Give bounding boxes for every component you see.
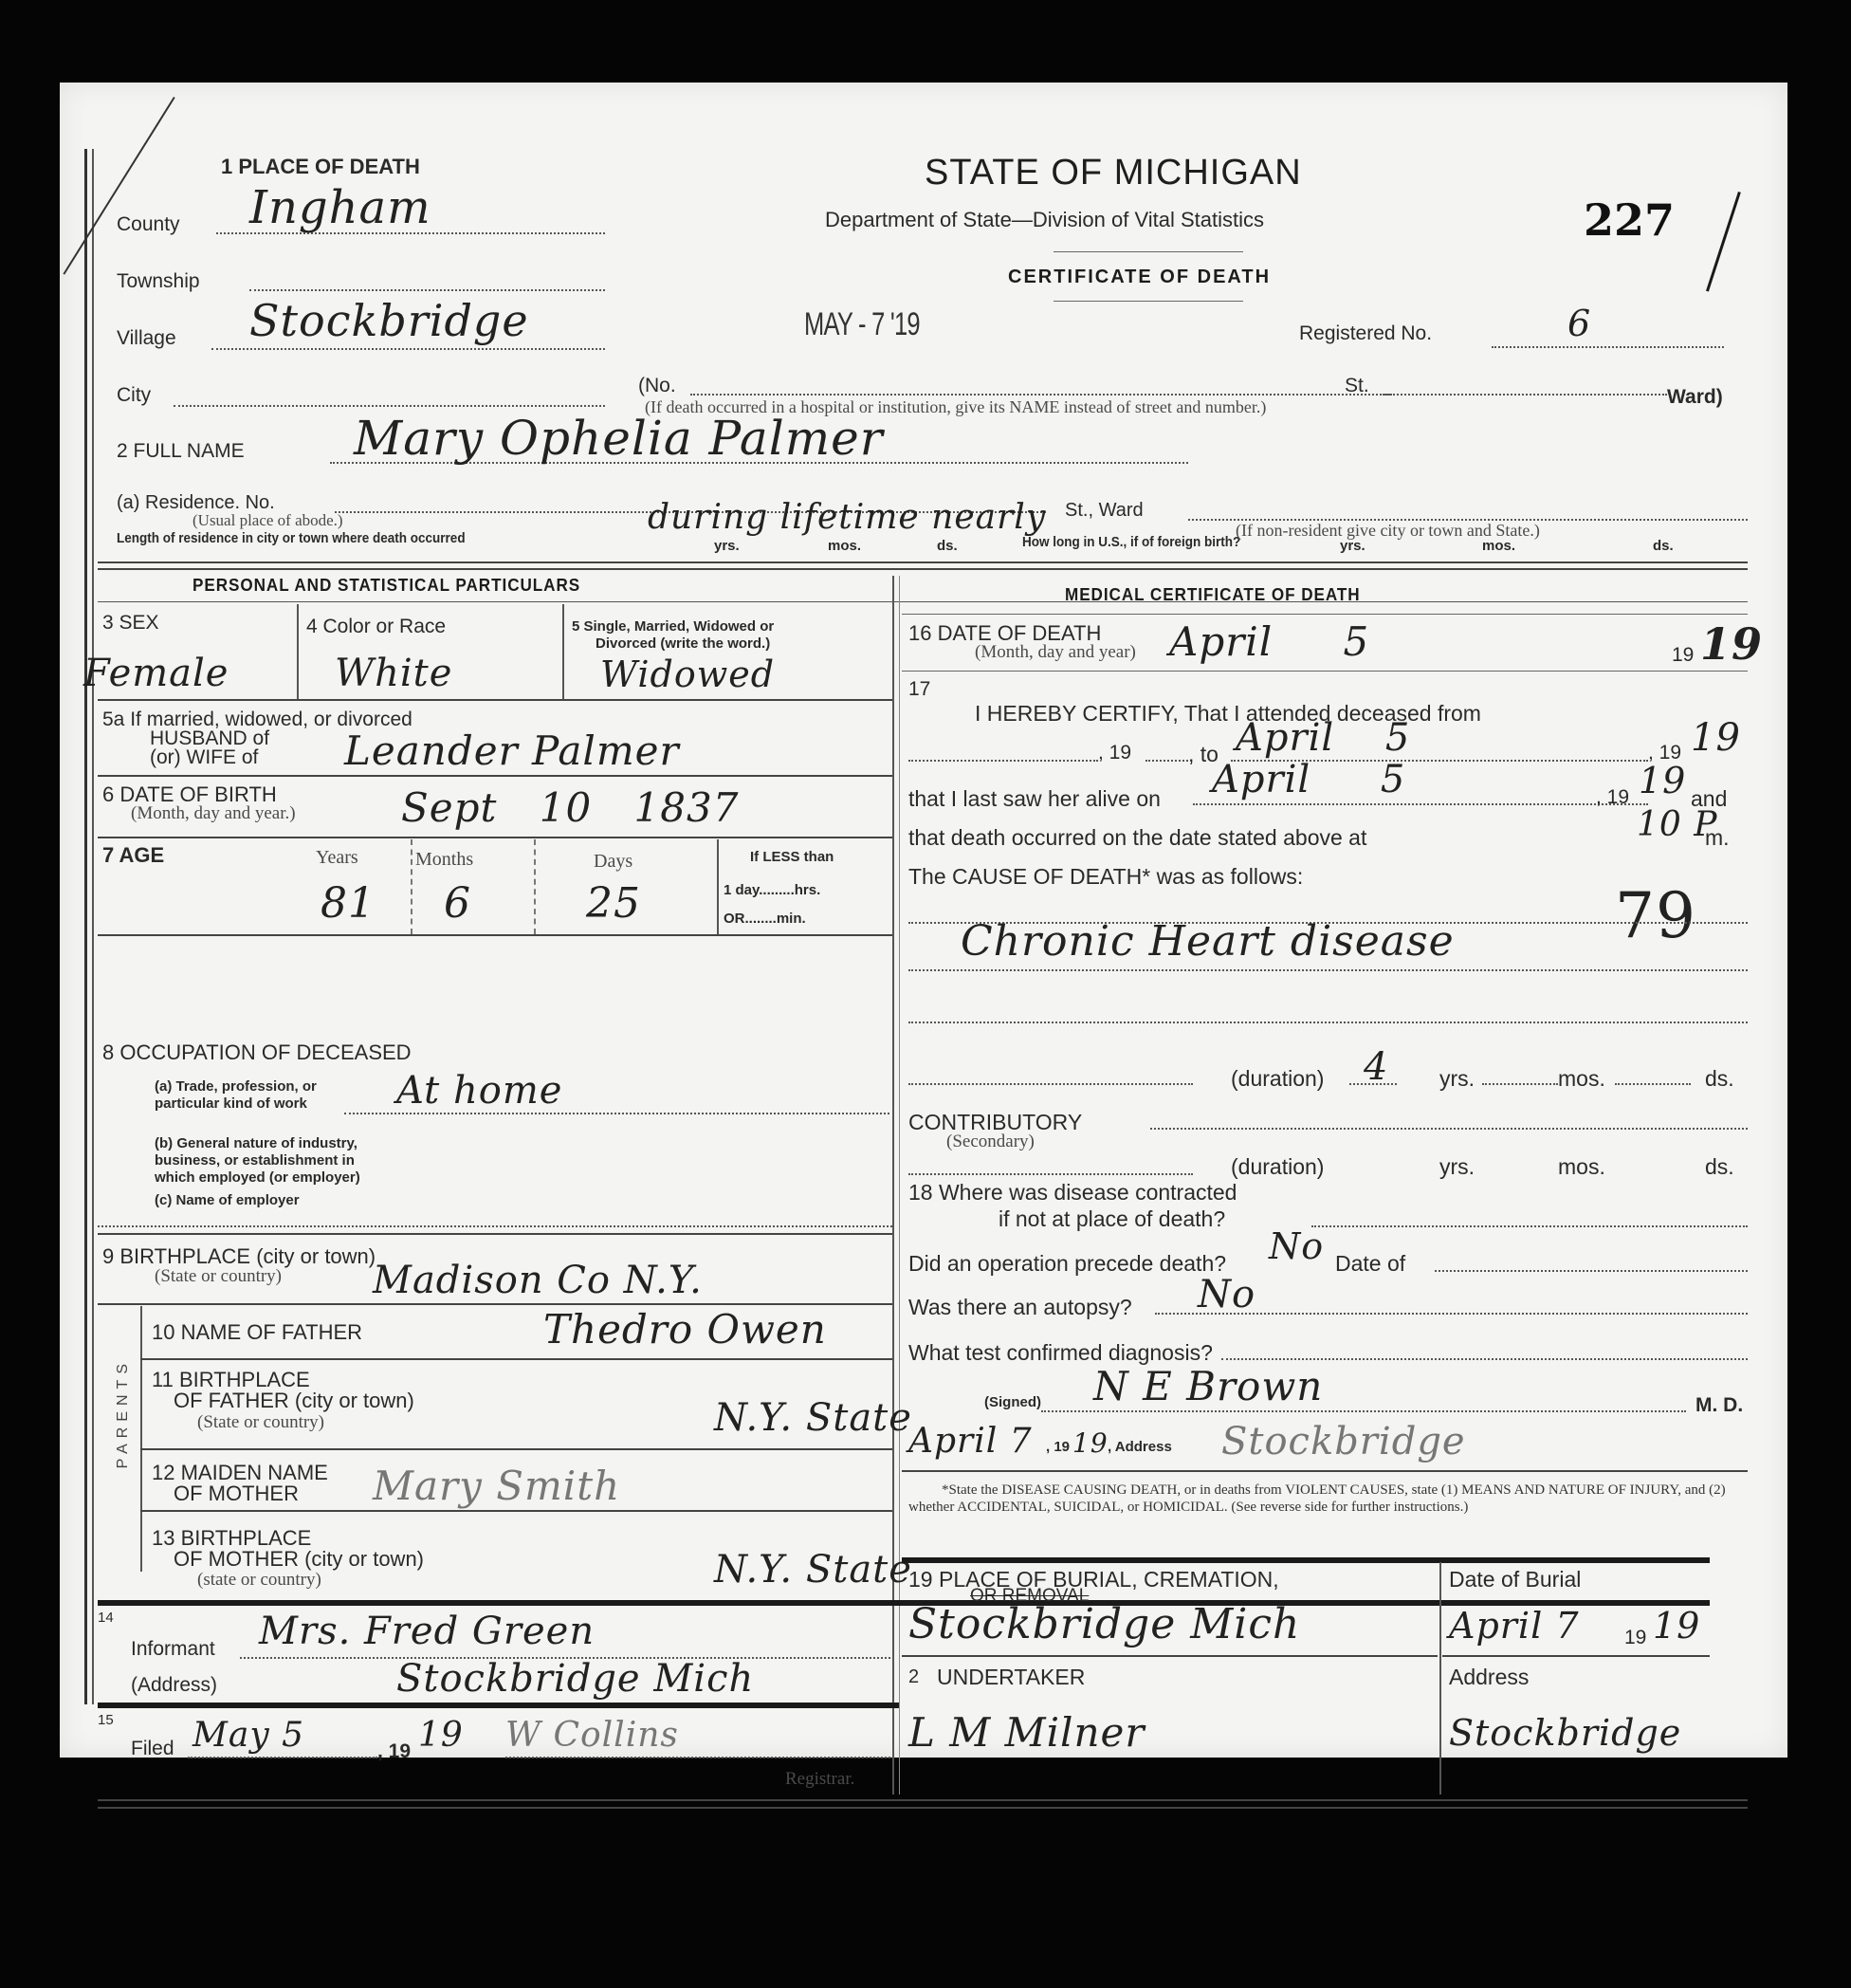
certificate-title: CERTIFICATE OF DEATH: [1008, 267, 1271, 288]
cause-instructions-footnote: *State the DISEASE CAUSING DEATH, or in …: [908, 1482, 1743, 1516]
sex-label: 3 SEX: [102, 612, 159, 635]
death-time-label: that death occurred on the date stated a…: [908, 825, 1366, 851]
title-rule-top: [1054, 251, 1243, 252]
age-days-field[interactable]: 25: [586, 879, 641, 928]
age-less-day-label: 1 day.........hrs.: [724, 882, 820, 898]
contributory-duration-label: (duration): [1231, 1154, 1324, 1180]
department-name: Department of State—Division of Vital St…: [825, 208, 1264, 232]
burial-year-field[interactable]: 19: [1653, 1605, 1700, 1647]
registrar-signature-field[interactable]: W Collins: [505, 1716, 679, 1755]
physician-address-field[interactable]: Stockbridge: [1221, 1420, 1466, 1463]
cause-duration-mos-label: mos.: [1558, 1066, 1605, 1092]
undertaker-field[interactable]: L M Milner: [908, 1709, 1145, 1756]
received-date-stamp: MAY - 7 '19: [804, 306, 920, 343]
township-label: Township: [117, 270, 200, 293]
age-months-field[interactable]: 6: [444, 879, 471, 928]
mother-birthplace-label-3: (state or country): [197, 1570, 321, 1591]
contributory-mos-label: mos.: [1558, 1154, 1605, 1180]
date-of-death-field[interactable]: April 5: [1169, 618, 1369, 665]
undertaker-number: 2: [908, 1666, 919, 1688]
contributory-yrs-label: yrs.: [1439, 1154, 1475, 1180]
margin-pen-mark: [63, 97, 174, 275]
age-less-min-label: OR........min.: [724, 911, 806, 927]
date-of-death-year-prefix: 19: [1672, 644, 1694, 667]
length-of-residence-label: Length of residence in city or town wher…: [117, 530, 466, 546]
birthplace-sub-label: (State or country): [155, 1266, 282, 1287]
filed-year-prefix: , 19: [377, 1740, 411, 1763]
father-birthplace-label-3: (State or country): [197, 1412, 324, 1433]
occupation-b-label-1: (b) General nature of industry,: [155, 1135, 357, 1151]
last-saw-year-field[interactable]: 19: [1639, 760, 1686, 801]
full-name-label: 2 FULL NAME: [117, 440, 245, 463]
sex-field[interactable]: Female: [83, 652, 229, 695]
title-rule-bottom: [1054, 301, 1243, 302]
occupation-a-label-1: (a) Trade, profession, or: [155, 1078, 317, 1095]
county-field[interactable]: Ingham: [249, 181, 431, 234]
foreign-ds-label: ds.: [1653, 538, 1674, 554]
file-number: 227: [1584, 194, 1675, 246]
residence-field[interactable]: during lifetime nearly: [648, 498, 1046, 537]
burial-year-prefix: 19: [1624, 1627, 1646, 1649]
autopsy-label: Was there an autopsy?: [908, 1295, 1132, 1320]
age-days-label: Days: [594, 851, 632, 873]
filed-year-field[interactable]: 19: [418, 1716, 464, 1755]
attended-to-year-field[interactable]: 19: [1691, 716, 1741, 760]
signed-year-prefix: , 19: [1046, 1439, 1070, 1455]
undertaker-address-label: Address: [1449, 1665, 1529, 1690]
date-of-death-year-field[interactable]: 19: [1700, 618, 1763, 670]
burial-date-label: Date of Burial: [1449, 1567, 1581, 1592]
father-name-field[interactable]: Thedro Owen: [543, 1306, 827, 1353]
registrar-label: Registrar.: [785, 1769, 854, 1790]
cause-of-death-field[interactable]: Chronic Heart disease: [961, 917, 1455, 966]
mother-maiden-name-label-2: OF MOTHER: [174, 1482, 299, 1506]
race-label: 4 Color or Race: [306, 616, 446, 638]
father-name-label: 10 NAME OF FATHER: [152, 1320, 362, 1345]
spouse-field[interactable]: Leander Palmer: [344, 727, 680, 774]
undertaker-label: UNDERTAKER: [937, 1665, 1085, 1690]
left-border: [84, 149, 87, 1704]
foreign-birth-label: How long in U.S., if of foreign birth?: [1022, 534, 1240, 550]
cause-duration-yrs-label: yrs.: [1439, 1066, 1475, 1092]
signed-label: (Signed): [984, 1394, 1041, 1410]
burial-place-label: 19 PLACE OF BURIAL, CREMATION,: [908, 1567, 1279, 1592]
cause-duration-label: (duration): [1231, 1066, 1324, 1092]
death-certificate: 1 PLACE OF DEATH STATE OF MICHIGAN Depar…: [60, 83, 1787, 1758]
occupation-b-label-2: business, or establishment in: [155, 1152, 355, 1169]
signed-date-field[interactable]: April 7: [908, 1422, 1033, 1461]
signed-year-field[interactable]: 19: [1072, 1427, 1109, 1459]
disease-contracted-label-1: 18 Where was disease contracted: [908, 1180, 1237, 1206]
street-no-label: (No.: [638, 375, 676, 397]
age-years-label: Years: [316, 847, 358, 869]
dob-sub-label: (Month, day and year.): [131, 803, 296, 824]
date-of-death-sub-label: (Month, day and year): [975, 642, 1136, 663]
full-name-field[interactable]: Mary Ophelia Palmer: [354, 411, 884, 466]
informant-number: 14: [98, 1610, 114, 1626]
attended-from-year-prefix: , 19: [1098, 742, 1131, 764]
certify-number: 17: [908, 678, 930, 701]
spouse-label-3: (or) WIFE of: [150, 746, 258, 769]
birthplace-field[interactable]: Madison Co N.Y.: [373, 1259, 703, 1302]
md-label: M. D.: [1695, 1394, 1743, 1417]
mother-birthplace-label-2: OF MOTHER (city or town): [174, 1547, 424, 1572]
contributory-ds-label: ds.: [1705, 1154, 1734, 1180]
marital-label-2: Divorced (write the word.): [596, 635, 770, 652]
dob-field[interactable]: Sept 10 1837: [401, 784, 739, 831]
cause-of-death-label: The CAUSE OF DEATH* was as follows:: [908, 864, 1303, 890]
cause-duration-years-field[interactable]: 4: [1364, 1045, 1388, 1089]
occupation-field[interactable]: At home: [396, 1069, 562, 1113]
age-years-field[interactable]: 81: [321, 879, 376, 928]
occupation-label: 8 OCCUPATION OF DECEASED: [102, 1040, 412, 1065]
father-birthplace-label-2: OF FATHER (city or town): [174, 1389, 414, 1413]
mother-birthplace-field[interactable]: N.Y. State: [714, 1548, 912, 1592]
last-saw-label: that I last saw her alive on: [908, 786, 1161, 812]
filed-number: 15: [98, 1712, 114, 1728]
residence-sub-label: (Usual place of abode.): [192, 511, 343, 530]
personal-section-title: PERSONAL AND STATISTICAL PARTICULARS: [192, 576, 580, 596]
registered-no-field[interactable]: 6: [1567, 303, 1591, 344]
mother-maiden-name-field[interactable]: Mary Smith: [373, 1463, 620, 1509]
burial-date-field[interactable]: April 7: [1449, 1605, 1580, 1647]
filed-label: Filed: [131, 1738, 174, 1760]
county-label: County: [117, 213, 180, 236]
st-ward-label: St., Ward: [1065, 500, 1144, 522]
father-birthplace-field[interactable]: N.Y. State: [714, 1396, 912, 1440]
age-less-than-label: If LESS than: [750, 849, 834, 865]
center-divider: [892, 576, 894, 1795]
undertaker-address-field[interactable]: Stockbridge: [1449, 1712, 1681, 1754]
informant-address-label: (Address): [131, 1674, 217, 1697]
left-border-inner: [92, 149, 94, 1704]
cause-code-annotation: 79: [1615, 879, 1696, 952]
contributory-sub-label: (Secondary): [946, 1132, 1035, 1152]
test-confirmed-label: What test confirmed diagnosis?: [908, 1340, 1213, 1366]
informant-field[interactable]: Mrs. Fred Green: [259, 1610, 595, 1653]
ward-label: Ward): [1667, 386, 1723, 409]
registered-no-label: Registered No.: [1299, 322, 1432, 345]
operation-date-label: Date of: [1335, 1251, 1405, 1277]
age-months-label: Months: [415, 849, 473, 871]
filed-date-field[interactable]: May 5: [192, 1716, 304, 1755]
street-st-label: St.: [1345, 375, 1369, 397]
autopsy-field[interactable]: No: [1198, 1273, 1255, 1316]
burial-place-field[interactable]: Stockbridge Mich: [908, 1600, 1300, 1648]
residence-ds-label: ds.: [937, 538, 958, 554]
village-label: Village: [117, 327, 176, 350]
residence-mos-label: mos.: [828, 538, 861, 554]
village-field[interactable]: Stockbridge: [249, 295, 529, 346]
place-of-death-label: 1 PLACE OF DEATH: [221, 155, 420, 179]
physician-address-label: , Address: [1108, 1439, 1172, 1455]
cause-duration-ds-label: ds.: [1705, 1066, 1734, 1092]
marital-label-1: 5 Single, Married, Widowed or: [572, 618, 774, 635]
residence-yrs-label: yrs.: [714, 538, 740, 554]
occupation-b-label-3: which employed (or employer): [155, 1169, 360, 1186]
last-saw-year-prefix: , 19: [1596, 786, 1629, 809]
marital-status-field[interactable]: Widowed: [600, 653, 775, 695]
occupation-a-label-2: particular kind of work: [155, 1095, 307, 1112]
operation-field[interactable]: No: [1269, 1225, 1324, 1267]
informant-label: Informant: [131, 1638, 215, 1661]
state-title: STATE OF MICHIGAN: [925, 153, 1302, 193]
file-number-slash-mark: [1706, 192, 1741, 292]
informant-address-field[interactable]: Stockbridge Mich: [396, 1657, 754, 1701]
city-label: City: [117, 384, 151, 407]
disease-contracted-label-2: if not at place of death?: [999, 1206, 1225, 1232]
age-label: 7 AGE: [102, 843, 164, 868]
race-field[interactable]: White: [335, 652, 452, 695]
non-resident-note: (If non-resident give city or town and S…: [1236, 521, 1540, 541]
employer-label: (c) Name of employer: [155, 1192, 300, 1208]
attended-to-field[interactable]: April 5: [1236, 716, 1410, 760]
death-time-suffix: m.: [1705, 825, 1730, 851]
operation-label: Did an operation precede death?: [908, 1251, 1226, 1277]
parents-label: PARENTS: [115, 1358, 132, 1468]
physician-signature-field[interactable]: N E Brown: [1093, 1363, 1323, 1409]
last-saw-date-field[interactable]: April 5: [1212, 758, 1405, 801]
